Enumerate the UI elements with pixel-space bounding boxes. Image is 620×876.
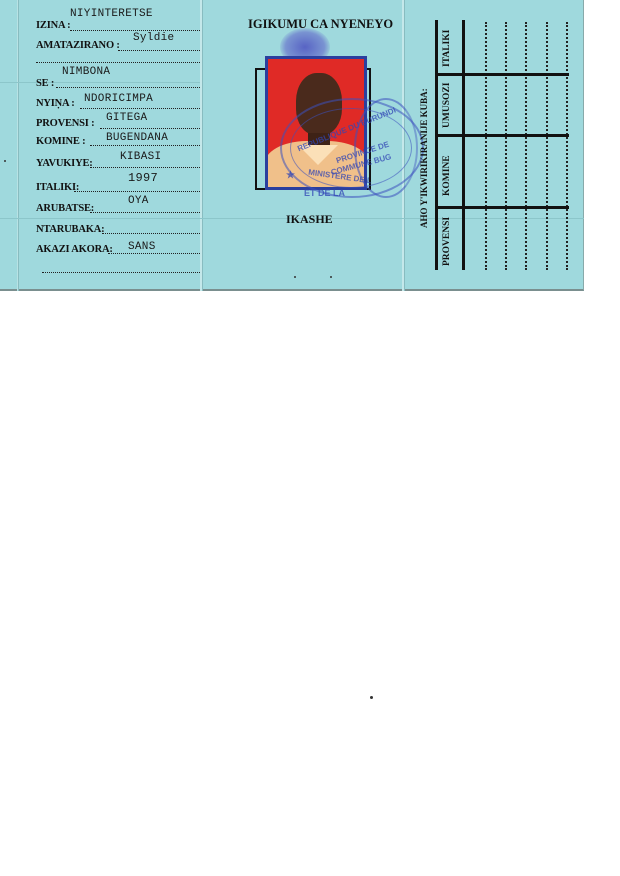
field-value-amatazirano: Syldie — [133, 32, 174, 44]
dotted-line — [80, 108, 200, 109]
field-value-se: NIMBONA — [62, 66, 110, 78]
field-label-ntarubaka: NTARUBAKA: — [36, 224, 104, 235]
dotted-line — [70, 30, 200, 31]
table-dotted-column — [566, 22, 568, 270]
dotted-line — [74, 191, 200, 192]
field-label-nyina: NYIṆA : — [36, 98, 75, 109]
field-label-provensi: PROVENSI : — [36, 118, 94, 129]
dotted-line — [36, 62, 200, 63]
field-label-akazi-akora: AKAZI AKORA: — [36, 244, 113, 255]
field-value-komine: BUGENDANA — [106, 132, 168, 144]
column-header-italiki: ITALIKI — [442, 30, 452, 67]
signature-caption: IKASHE — [286, 212, 333, 227]
table-dotted-column — [505, 22, 507, 270]
dotted-line — [118, 50, 200, 51]
table-row-divider — [435, 134, 569, 137]
table-dotted-column — [525, 22, 527, 270]
residence-heading: AHO Y'IKWIRIKIRANIJE KUBA: — [419, 88, 429, 228]
dotted-line — [102, 233, 200, 234]
table-row-divider — [435, 206, 569, 209]
field-value-yavukiye: KIBASI — [120, 151, 161, 163]
dotted-line — [90, 167, 200, 168]
field-label-izina: IZINA : — [36, 20, 70, 31]
dotted-line — [90, 212, 200, 213]
column-header-komine: KOMINE — [442, 155, 452, 196]
field-label-arubatse: ARUBATSE: — [36, 203, 94, 214]
column-header-provensi: PROVENSI — [442, 217, 452, 266]
field-value-provensi: GITEGA — [106, 112, 147, 124]
stamp-edge — [354, 98, 418, 198]
fingerprint-title: IGIKUMU CA NYENEYO — [248, 17, 393, 32]
field-value-arubatse: OYA — [128, 195, 149, 207]
speck — [4, 160, 6, 162]
field-label-se: SE : — [36, 78, 54, 89]
table-dotted-column — [546, 22, 548, 270]
dotted-line — [56, 87, 200, 88]
field-value-nyina: NDORICIMPA — [84, 93, 153, 105]
field-value-izina: NIYINTERETSE — [70, 8, 153, 20]
field-label-yavukiye: YAVUKIYE: — [36, 158, 93, 169]
dotted-line — [42, 272, 200, 273]
dotted-line — [108, 253, 200, 254]
table-border-header — [462, 20, 465, 270]
identity-card: NIYINTERETSE IZINA : Syldie AMATAZIRANO … — [0, 0, 584, 291]
field-label-italiki: ITALIKI: — [36, 182, 79, 193]
speck — [370, 696, 373, 699]
field-label-amatazirano: AMATAZIRANO : — [36, 40, 120, 51]
field-label-komine: KOMINE : — [36, 136, 85, 147]
dotted-line — [90, 145, 200, 146]
stamp-star-icon: ★ — [286, 170, 295, 181]
field-value-italiki: 1997 — [128, 171, 158, 185]
table-dotted-column — [485, 22, 487, 270]
table-border-left — [435, 20, 438, 270]
personal-details-panel: NIYINTERETSE IZINA : Syldie AMATAZIRANO … — [0, 0, 200, 291]
stamp-text-lower: ET DE LA — [304, 188, 345, 198]
table-row-divider — [435, 73, 569, 76]
field-value-akazi-akora: SANS — [128, 241, 156, 253]
speck — [330, 276, 332, 278]
column-header-umusozi: UMUSOZI — [442, 83, 452, 128]
speck — [294, 276, 296, 278]
dotted-line — [100, 128, 200, 129]
residence-panel: AHO Y'IKWIRIKIRANIJE KUBA: PROVENSI KOMI… — [404, 0, 584, 291]
